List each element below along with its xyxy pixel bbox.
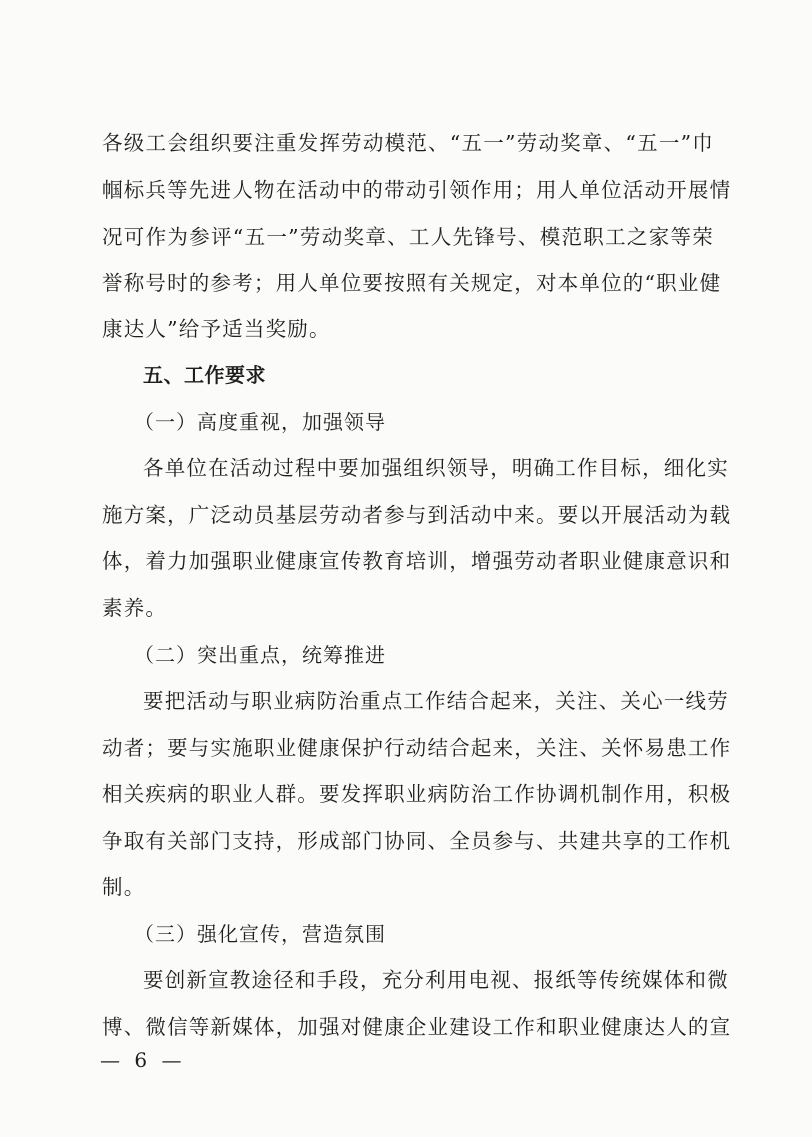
text-line: 相关疾病的职业人群。要发挥职业病防治工作协调机制作用，积极 [102,779,714,809]
text-line: 要创新宣教途径和手段，充分利用电视、报纸等传统媒体和微 [143,965,714,995]
text-line: 素养。 [102,593,714,623]
page-number: — 6 — [100,1045,185,1075]
subheading: （一）高度重视，加强领导 [134,407,386,437]
text-line: 帼标兵等先进人物在活动中的带动引领作用；用人单位活动开展情 [102,175,714,205]
text-line: 制。 [102,872,714,902]
text-line: 康达人”给予适当奖励。 [102,314,714,344]
subheading: （二）突出重点，统筹推进 [134,640,386,670]
text-line: 施方案，广泛动员基层劳动者参与到活动中来。要以开展活动为载 [102,500,714,530]
text-line: 誉称号时的参考；用人单位要按照有关规定，对本单位的“职业健 [102,268,714,298]
document-page: 各级工会组织要注重发挥劳动模范、“五一”劳动奖章、“五一”巾 帼标兵等先进人物在… [0,0,812,1137]
subheading: （三）强化宣传，营造氛围 [134,919,386,949]
text-line: 体，着力加强职业健康宣传教育培训，增强劳动者职业健康意识和 [102,546,714,576]
text-line: 况可作为参评“五一”劳动奖章、工人先锋号、模范职工之家等荣 [102,222,714,252]
text-line: 各单位在活动过程中要加强组织领导，明确工作目标，细化实 [143,453,714,483]
text-line: 争取有关部门支持，形成部门协同、全员参与、共建共享的工作机 [102,826,714,856]
text-line: 博、微信等新媒体，加强对健康企业建设工作和职业健康达人的宣 [102,1012,714,1042]
text-line: 各级工会组织要注重发挥劳动模范、“五一”劳动奖章、“五一”巾 [102,128,714,158]
text-line: 要把活动与职业病防治重点工作结合起来，关注、关心一线劳 [143,686,714,716]
text-line: 动者；要与实施职业健康保护行动结合起来，关注、关怀易患工作 [102,733,714,763]
section-heading: 五、工作要求 [143,360,266,390]
